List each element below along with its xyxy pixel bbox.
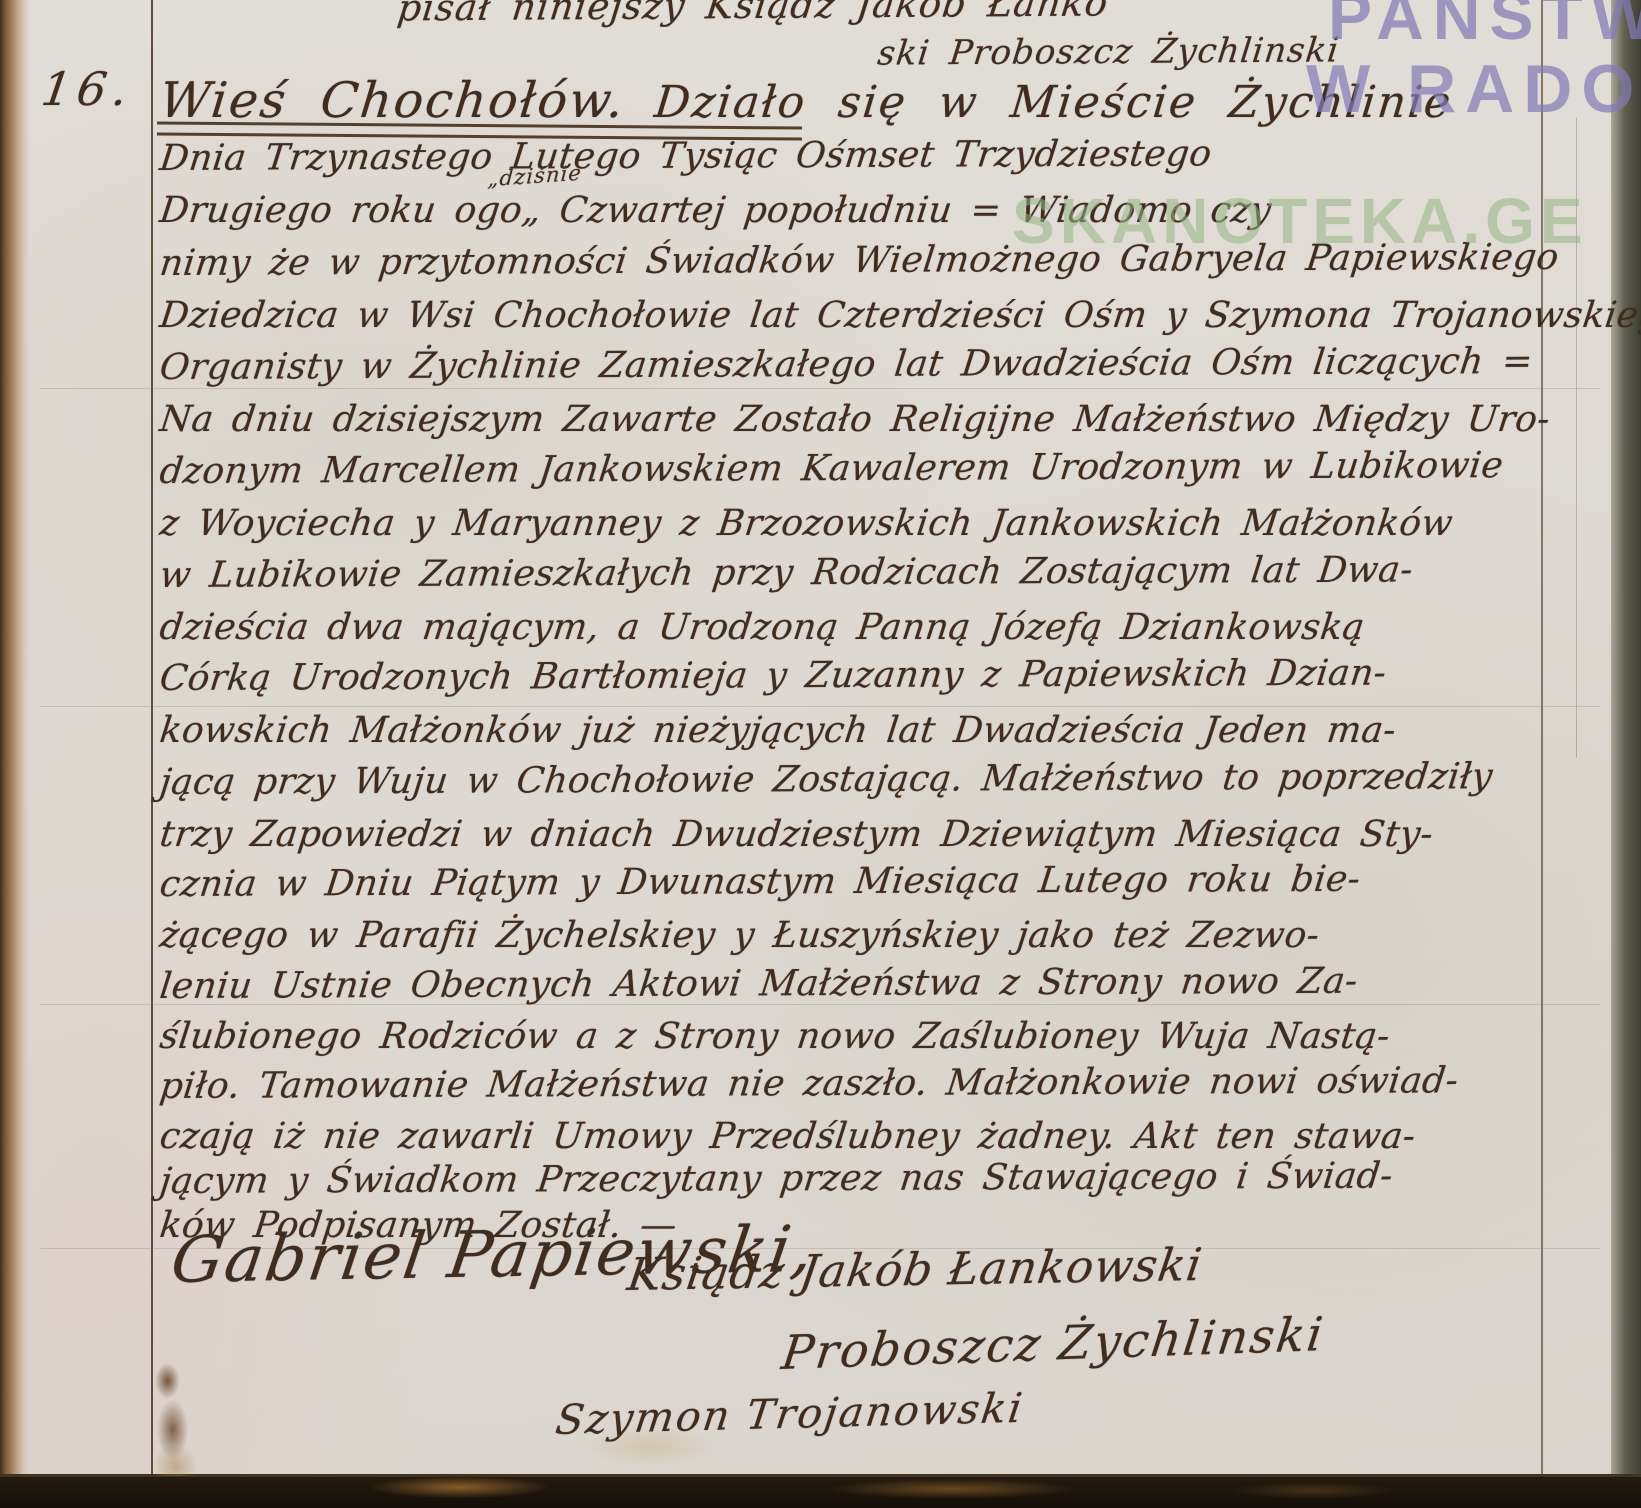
signature-szymon-trojanowski: Szymon Trojanowski xyxy=(553,1384,1027,1444)
watermark-archive-line1: PAŃSTW xyxy=(1328,0,1641,54)
paper-crease xyxy=(40,706,1600,707)
body-line: leniu Ustnie Obecnych Aktowi Małżeństwa … xyxy=(158,961,1360,1007)
left-margin-rule xyxy=(151,0,153,1476)
body-line: trzy Zapowiedzi w dniach Dwudziestym Dzi… xyxy=(157,814,1435,855)
book-bottom-edge xyxy=(0,1474,1641,1508)
ink-smudge xyxy=(144,1354,196,1476)
signature-proboszcz: Proboszcz Żychlinski xyxy=(779,1307,1328,1381)
body-line: żącego w Parafii Żychelskiey y Łuszyński… xyxy=(157,915,1321,956)
body-line: dzieścia dwa mającym, a Urodzoną Panną J… xyxy=(157,607,1366,648)
previous-record-line: pisał niniejszy Ksiądz Jakób Łanko xyxy=(395,0,1111,29)
signature-ksiadz-jakob: Ksiądz Jakób Łankowski xyxy=(624,1238,1206,1301)
body-line: jącą przy Wuju w Chochołowie Zostającą. … xyxy=(158,756,1495,803)
body-line: ślubionego Rodziców a z Strony nowo Zaśl… xyxy=(157,1016,1392,1057)
record-heading: Wieś Chochołów.Działo się w Mieście Żych… xyxy=(157,72,1455,129)
parish-register-scan: pisał niniejszy Ksiądz Jakób Łanko ski P… xyxy=(0,0,1641,1508)
watermark-archive-line2: W RADO xyxy=(1306,50,1641,128)
body-line: czają iż nie zawarli Umowy Przedślubney … xyxy=(157,1116,1417,1157)
body-line: piło. Tamowanie Małżeństwa nie zaszło. M… xyxy=(158,1060,1461,1107)
body-line: dzonym Marcellem Jankowskiem Kawalerem U… xyxy=(158,445,1506,492)
photo-background-edge xyxy=(1611,0,1641,1508)
body-line: w Lubikowie Zamieszkałych przy Rodzicach… xyxy=(158,550,1416,596)
paper-crease xyxy=(40,388,1600,389)
heading-place-name: Wieś Chochołów. xyxy=(157,72,628,129)
body-line: Na dniu dzisiejszym Zawarte Zostało Reli… xyxy=(157,399,1552,440)
body-line: Córką Urodzonych Bartłomieja y Zuzanny z… xyxy=(158,653,1389,699)
body-line: z Woyciecha y Maryanney z Brzozowskich J… xyxy=(157,503,1455,544)
body-line: kowskich Małżonków już nieżyjących lat D… xyxy=(157,710,1398,751)
book-binding-edge xyxy=(0,0,30,1508)
body-line: jącym y Świadkom Przeczytany przez nas S… xyxy=(158,1156,1396,1202)
previous-record-line: ski Proboszcz Żychlinski xyxy=(875,30,1341,73)
body-line: Organisty w Żychlinie Zamieszkałego lat … xyxy=(158,341,1536,388)
body-line: Dziedzica w Wsi Chochołowie lat Czterdzi… xyxy=(157,295,1641,336)
entry-number: 16. xyxy=(38,62,137,116)
watermark-scan-service: SKANOTEKA.GE xyxy=(1012,184,1588,258)
body-line: cznia w Dniu Piątym y Dwunastym Miesiąca… xyxy=(158,859,1363,905)
body-line: Dnia Trzynastego Lutego Tysiąc Ośmset Tr… xyxy=(158,133,1214,179)
